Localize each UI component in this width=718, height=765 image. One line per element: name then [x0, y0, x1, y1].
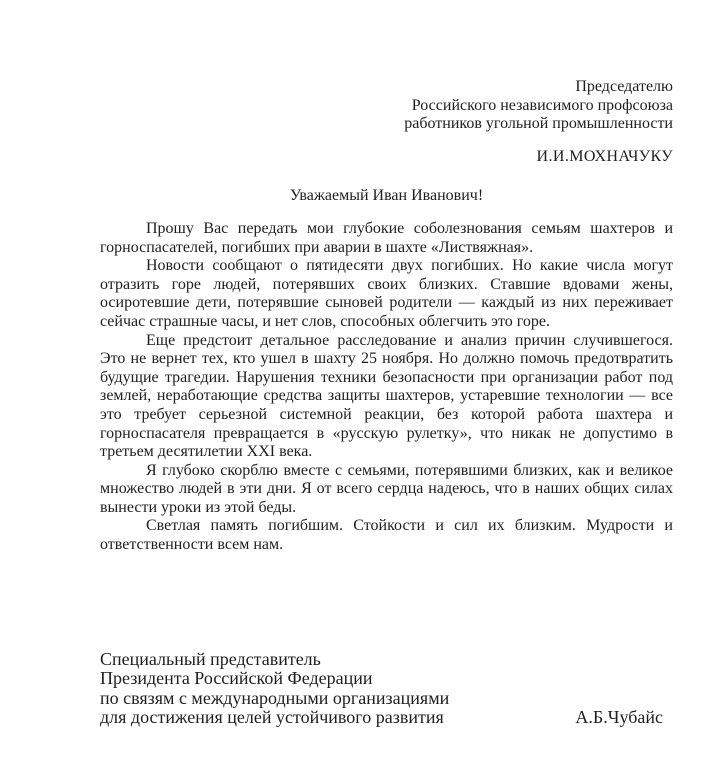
- salutation: Уважаемый Иван Иванович!: [100, 187, 673, 206]
- letter-page: Председателю Российского независимого пр…: [0, 0, 718, 765]
- paragraph-3: Еще предстоит детальное расследование и …: [100, 332, 673, 462]
- paragraph-4: Я глубоко скорблю вместе с семьями, поте…: [100, 462, 673, 518]
- recipient-block: Председателю Российского независимого пр…: [100, 78, 673, 166]
- signature-title-line-3: по связям с международными организациями: [100, 689, 449, 709]
- recipient-line-1: Председателю: [100, 78, 673, 97]
- recipient-name: И.И.МОХНАЧУКУ: [100, 148, 673, 167]
- signature-title-line-2: Президента Российской Федерации: [100, 669, 449, 689]
- signature-title: Специальный представитель Президента Рос…: [100, 650, 449, 728]
- signature-title-line-4: для достижения целей устойчивого развити…: [100, 708, 449, 728]
- paragraph-1: Прошу Вас передать мои глубокие соболезн…: [100, 220, 673, 257]
- signature-name: А.Б.Чубайс: [575, 708, 663, 728]
- paragraph-2: Новости сообщают о пятидесяти двух погиб…: [100, 257, 673, 331]
- paragraph-5: Светлая память погибшим. Стойкости и сил…: [100, 517, 673, 554]
- recipient-line-3: работников угольной промышленности: [100, 115, 673, 134]
- letter-body: Прошу Вас передать мои глубокие соболезн…: [100, 220, 673, 555]
- signature-block: Специальный представитель Президента Рос…: [100, 650, 673, 728]
- signature-title-line-1: Специальный представитель: [100, 650, 449, 670]
- recipient-line-2: Российского независимого профсоюза: [100, 97, 673, 116]
